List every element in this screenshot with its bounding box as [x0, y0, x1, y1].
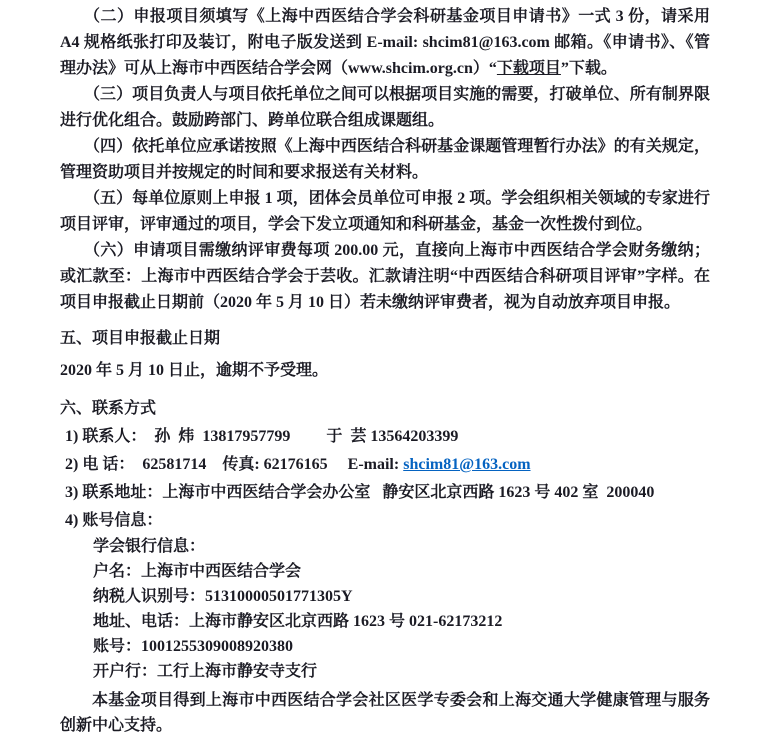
- support-note: 本基金项目得到上海市中西医结合学会社区医学专委会和上海交通大学健康管理与服务创新…: [60, 688, 710, 738]
- account-info-line: 4) 账号信息：: [60, 508, 710, 534]
- download-project-underlined-text: 下载项目: [497, 60, 561, 77]
- section-6-heading: 六、联系方式: [60, 396, 710, 422]
- clause-6: （六）申请项目需缴纳评审费每项 200.00 元，直接向上海市中西医结合学会财务…: [60, 238, 710, 316]
- bank-account-name: 户名：上海市中西医结合学会: [60, 559, 710, 584]
- deadline-text: 2020 年 5 月 10 日止，逾期不予受理。: [60, 358, 710, 384]
- section-5-heading: 五、项目申报截止日期: [60, 326, 710, 352]
- clause-2-email: shcim81@163.com: [423, 34, 550, 51]
- bank-tax-id: 纳税人识别号：51310000501771305Y: [60, 584, 710, 609]
- contact-address-line: 3) 联系地址：上海市中西医结合学会办公室 静安区北京西路 1623 号 402…: [60, 480, 710, 506]
- bank-account-number: 账号：1001255309008920380: [60, 634, 710, 659]
- clause-5: （五）每单位原则上申报 1 项，团体会员单位可申报 2 项。学会组织相关领域的专…: [60, 186, 710, 238]
- contact-person-line: 1) 联系人： 孙 炜 13817957799 于 芸 13564203399: [60, 424, 710, 450]
- clause-2-text-3: ”下载。: [561, 60, 617, 77]
- email-link[interactable]: shcim81@163.com: [403, 456, 530, 473]
- clause-4: （四）依托单位应承诺按照《上海中西医结合科研基金课题管理暂行办法》的有关规定，管…: [60, 134, 710, 186]
- phone-fax-label: 2) 电 话： 62581714 传真: 62176165 E-mail:: [65, 456, 403, 473]
- bank-address-phone: 地址、电话：上海市静安区北京西路 1623 号 021-62173212: [60, 609, 710, 634]
- bank-info-title: 学会银行信息：: [60, 534, 710, 559]
- bank-info-block: 学会银行信息： 户名：上海市中西医结合学会 纳税人识别号：51310000501…: [60, 534, 710, 684]
- clause-3: （三）项目负责人与项目依托单位之间可以根据项目实施的需要，打破单位、所有制界限进…: [60, 82, 710, 134]
- phone-fax-email-line: 2) 电 话： 62581714 传真: 62176165 E-mail: sh…: [60, 452, 710, 478]
- clause-2: （二）申报项目须填写《上海中西医结合学会科研基金项目申请书》一式 3 份，请采用…: [60, 4, 710, 82]
- bank-branch: 开户行：工行上海市静安寺支行: [60, 659, 710, 684]
- document-page: （二）申报项目须填写《上海中西医结合学会科研基金项目申请书》一式 3 份，请采用…: [0, 0, 768, 740]
